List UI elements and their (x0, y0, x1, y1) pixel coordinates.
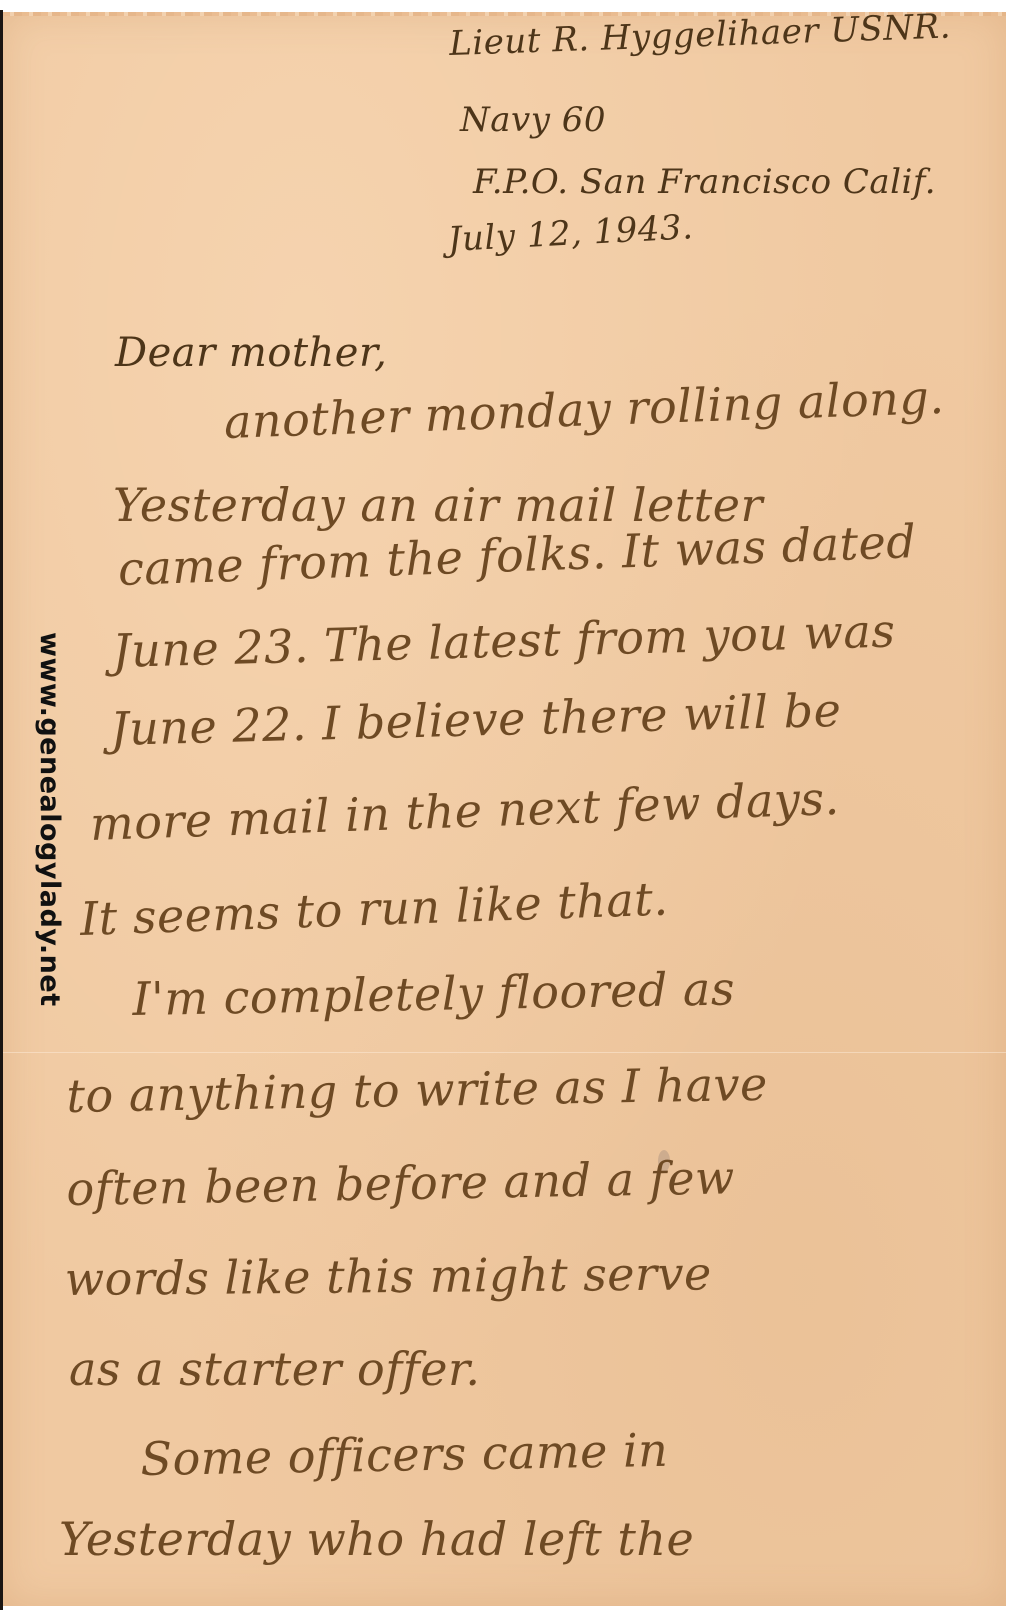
body-line: words like this might serve (65, 1246, 712, 1306)
header-address: F.P.O. San Francisco Calif. (473, 162, 936, 202)
body-line: often been before and a few (66, 1150, 735, 1216)
body-line: Yesterday who had left the (59, 1512, 694, 1566)
header-unit: Navy 60 (460, 100, 606, 140)
body-line: Some officers came in (140, 1423, 669, 1486)
header-rank-name: Lieut R. Hyggelihaer USNR. (449, 12, 952, 64)
header-date: July 12, 1943. (447, 207, 694, 260)
body-line: I'm completely floored as (132, 961, 735, 1026)
body-line: June 23. The latest from you was (112, 604, 896, 678)
paper-fold-line (3, 1052, 1006, 1053)
watermark-text: www.genealogylady.net (29, 632, 65, 992)
body-line: another monday rolling along. (223, 370, 945, 449)
body-line: as a starter offer. (69, 1342, 481, 1396)
letter-page: Lieut R. Hyggelihaer USNR. Navy 60 F.P.O… (3, 12, 1006, 1606)
salutation: Dear mother, (115, 330, 387, 376)
body-line: more mail in the next few days. (89, 771, 840, 851)
body-line: June 22. I believe there will be (110, 683, 842, 756)
body-line: It seems to run like that. (79, 871, 669, 946)
body-line: to anything to write as I have (66, 1057, 768, 1123)
